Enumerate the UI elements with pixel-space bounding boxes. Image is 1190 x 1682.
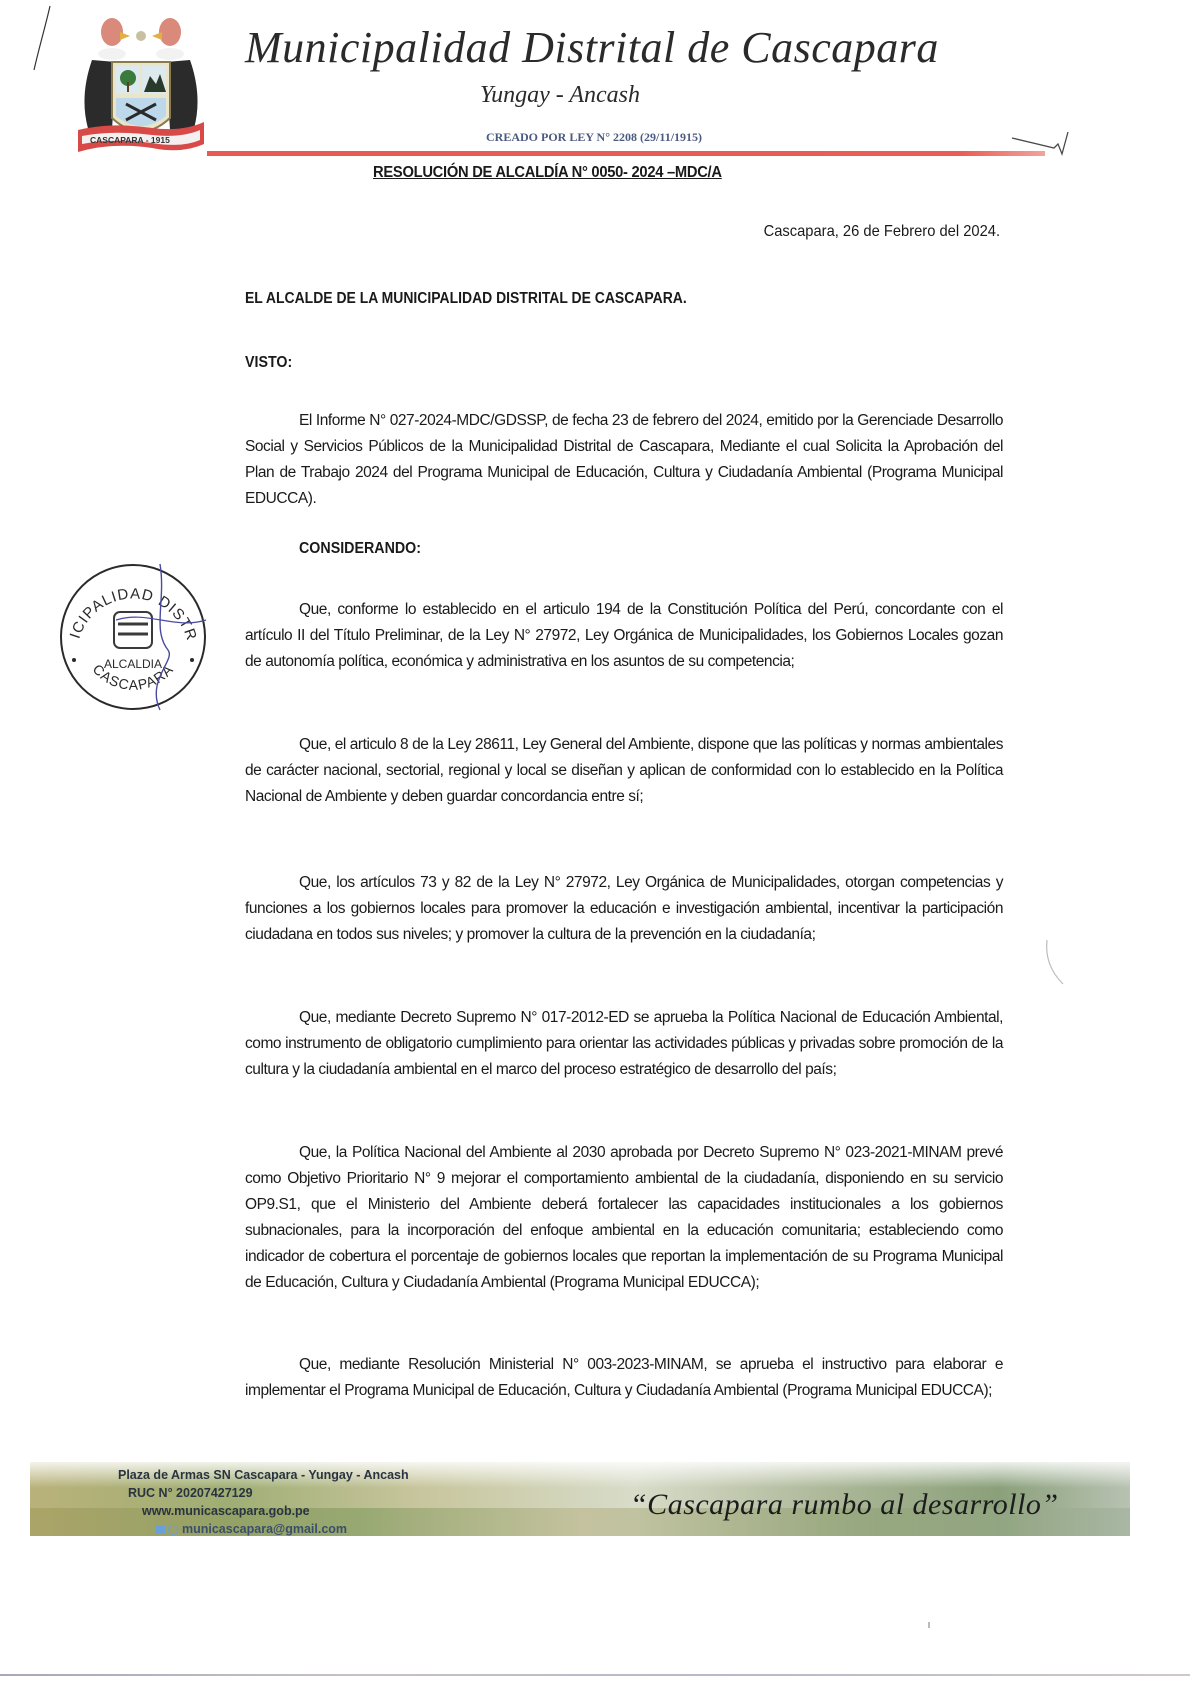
- institution-location: Yungay - Ancash: [480, 82, 640, 109]
- creation-law: CREADO POR LEY N° 2208 (29/11/1915): [486, 130, 702, 145]
- official-seal-stamp: MUNICIPALIDAD DISTRITAL CASCAPARA ALCALD…: [56, 560, 210, 714]
- pen-stroke-mark: [28, 4, 58, 74]
- authority-heading: EL ALCALDE DE LA MUNICIPALIDAD DISTRITAL…: [245, 290, 687, 308]
- institution-name: Municipalidad Distrital de Cascapara: [245, 22, 1005, 73]
- considerando-paragraph: Que, la Política Nacional del Ambiente a…: [245, 1140, 1003, 1296]
- resolution-title: RESOLUCIÓN DE ALCALDÍA N° 0050- 2024 –MD…: [373, 164, 722, 182]
- svg-text:MUNICIPALIDAD DISTRITAL: MUNICIPALIDAD DISTRITAL: [56, 560, 200, 643]
- municipal-crest-logo: CASCAPARA - 1915: [72, 10, 210, 160]
- scan-speck: [928, 1622, 930, 1628]
- footer-slogan: “Cascapara rumbo al desarrollo”: [630, 1488, 1059, 1522]
- footer-ruc: RUC N° 20207427129: [118, 1484, 409, 1502]
- footer-address: Plaza de Armas SN Cascapara - Yungay - A…: [118, 1466, 409, 1484]
- footer-email-row: municascapara@gmail.com: [118, 1520, 409, 1538]
- footer-website[interactable]: www.municascapara.gob.pe: [118, 1502, 409, 1520]
- svg-text:CASCAPARA - 1915: CASCAPARA - 1915: [90, 135, 170, 145]
- considerando-paragraph: Que, mediante Resolución Ministerial N° …: [245, 1352, 1003, 1404]
- page-edge-line: [0, 1674, 1190, 1676]
- visto-heading: VISTO:: [245, 354, 292, 372]
- considerando-heading: CONSIDERANDO:: [299, 540, 421, 558]
- margin-pen-mark: [1043, 938, 1065, 988]
- mail-icon: [156, 1526, 165, 1534]
- considerando-paragraph: Que, conforme lo establecido en el artic…: [245, 597, 1003, 675]
- footer-contact-info: Plaza de Armas SN Cascapara - Yungay - A…: [118, 1466, 409, 1538]
- date-line: Cascapara, 26 de Febrero del 2024.: [764, 223, 1000, 241]
- visto-paragraph: El Informe N° 027-2024-MDC/GDSSP, de fec…: [245, 408, 1003, 512]
- svg-text:ALCALDIA: ALCALDIA: [104, 657, 162, 671]
- globe-icon: [168, 1525, 178, 1535]
- considerando-paragraph: Que, los artículos 73 y 82 de la Ley N° …: [245, 870, 1003, 948]
- considerando-paragraph: Que, mediante Decreto Supremo N° 017-201…: [245, 1005, 1003, 1083]
- footer-email[interactable]: municascapara@gmail.com: [182, 1522, 347, 1536]
- signature-flourish: [1010, 128, 1072, 158]
- header-divider: [207, 151, 1045, 156]
- considerando-paragraph: Que, el articulo 8 de la Ley 28611, Ley …: [245, 732, 1003, 810]
